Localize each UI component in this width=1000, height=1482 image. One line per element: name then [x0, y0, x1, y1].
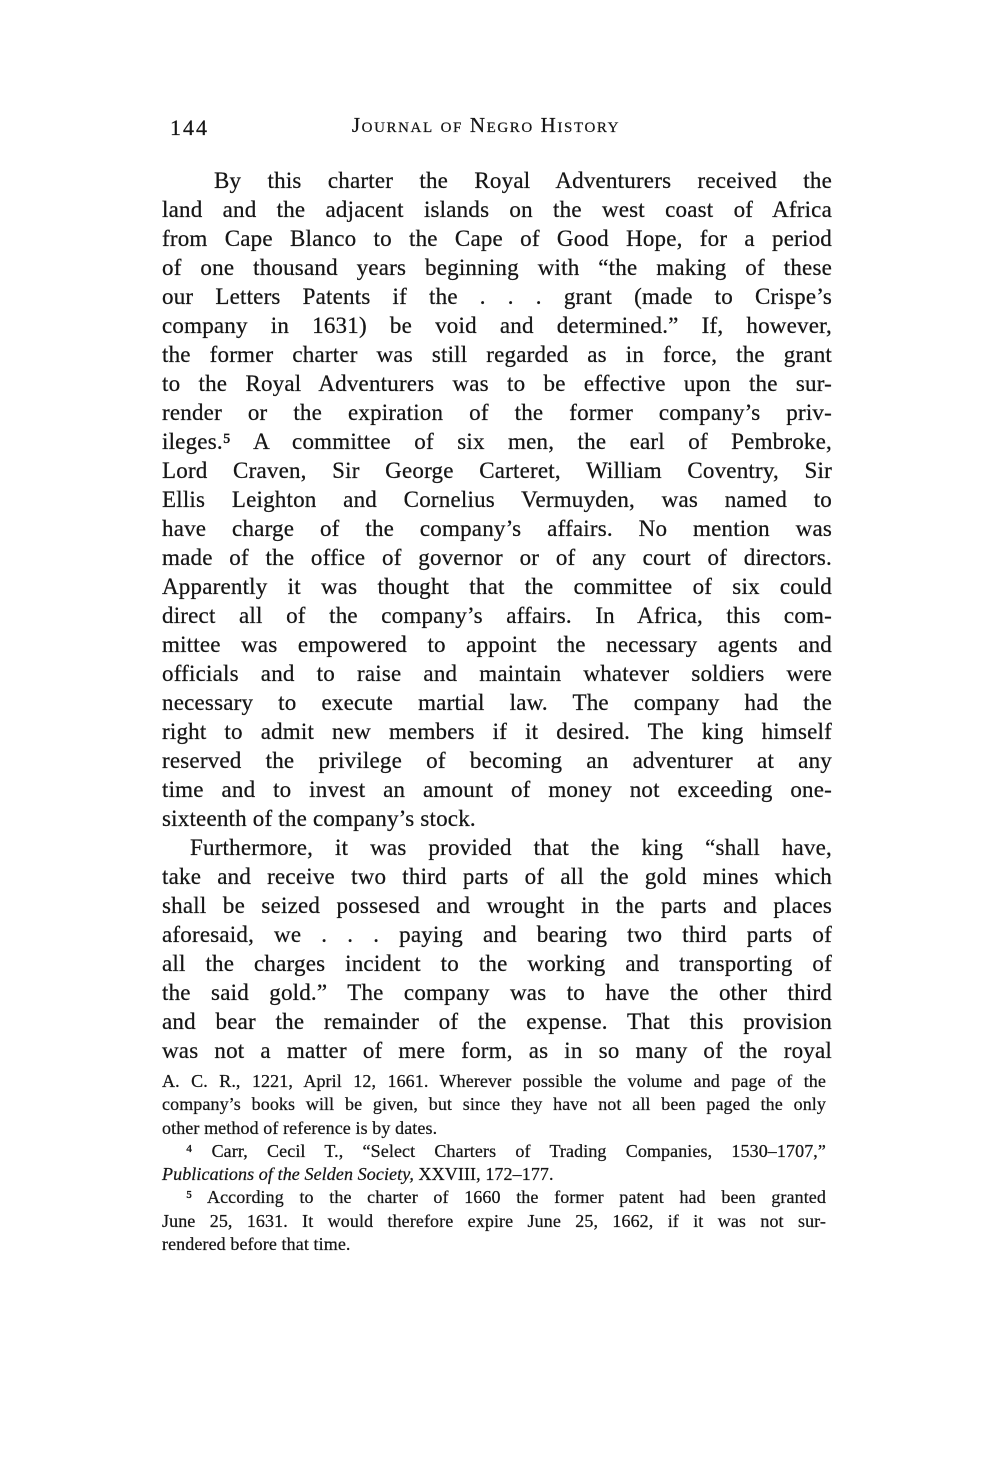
text-line: sixteenth of the company’s stock. [162, 804, 832, 833]
text-span: aforesaid, we . . . paying and bearing t… [162, 922, 832, 947]
text-span: other method of reference is by dates. [162, 1118, 437, 1138]
text-span: our Letters Patents if the . . . grant (… [162, 284, 832, 309]
text-line: ⁴ Carr, Cecil T., “Select Charters of Tr… [162, 1140, 826, 1163]
text-line: Furthermore, it was provided that the ki… [162, 833, 832, 862]
text-line: Ellis Leighton and Cornelius Vermuyden, … [162, 485, 832, 514]
text-line: land and the adjacent islands on the wes… [162, 195, 832, 224]
text-line: company’s books will be given, but since… [162, 1093, 826, 1116]
text-span: land and the adjacent islands on the wes… [162, 197, 832, 222]
text-span: from Cape Blanco to the Cape of Good Hop… [162, 226, 832, 251]
text-line: render or the expiration of the former c… [162, 398, 832, 427]
text-line: A. C. R., 1221, April 12, 1661. Wherever… [162, 1070, 826, 1093]
text-span: sixteenth of the company’s stock. [162, 806, 476, 831]
text-line: direct all of the company’s affairs. In … [162, 601, 832, 630]
text-line: Lord Craven, Sir George Carteret, Willia… [162, 456, 832, 485]
text-line: of one thousand years beginning with “th… [162, 253, 832, 282]
text-span: rendered before that time. [162, 1234, 351, 1254]
text-line: time and to invest an amount of money no… [162, 775, 832, 804]
text-line: reserved the privilege of becoming an ad… [162, 746, 832, 775]
text-span: made of the office of governor or of any… [162, 545, 832, 570]
text-span: June 25, 1631. It would therefore expire… [162, 1211, 826, 1231]
text-line: officials and to raise and maintain what… [162, 659, 832, 688]
page-number: 144 [170, 115, 209, 141]
text-span: time and to invest an amount of money no… [162, 777, 832, 802]
text-line: mittee was empowered to appoint the nece… [162, 630, 832, 659]
text-line: our Letters Patents if the . . . grant (… [162, 282, 832, 311]
text-span: right to admit new members if it desired… [162, 719, 832, 744]
text-line: made of the office of governor or of any… [162, 543, 832, 572]
text-span: direct all of the company’s affairs. In … [162, 603, 832, 628]
text-line: Publications of the Selden Society, XXVI… [162, 1163, 826, 1186]
text-line: other method of reference is by dates. [162, 1117, 826, 1140]
text-span: reserved the privilege of becoming an ad… [162, 748, 832, 773]
text-span: officials and to raise and maintain what… [162, 661, 832, 686]
text-line: the said gold.” The company was to have … [162, 978, 832, 1007]
text-span: Apparently it was thought that the commi… [162, 574, 832, 599]
text-span: XXVIII, 172–177. [414, 1164, 554, 1184]
footnotes: A. C. R., 1221, April 12, 1661. Wherever… [162, 1070, 826, 1256]
text-line: ileges.⁵ A committee of six men, the ear… [162, 427, 832, 456]
text-span: ileges.⁵ A committee of six men, the ear… [162, 429, 832, 454]
text-span: and bear the remainder of the expense. T… [162, 1009, 832, 1034]
text-span: mittee was empowered to appoint the nece… [162, 632, 832, 657]
text-line: aforesaid, we . . . paying and bearing t… [162, 920, 832, 949]
text-line: Apparently it was thought that the commi… [162, 572, 832, 601]
scanned-book-page: 144 Journal of Negro History By this cha… [0, 0, 1000, 1482]
text-span: render or the expiration of the former c… [162, 400, 832, 425]
text-line: take and receive two third parts of all … [162, 862, 832, 891]
text-span: By this charter the Royal Adventurers re… [214, 168, 832, 193]
italic-text: Publications of the Selden Society, [162, 1164, 414, 1184]
text-span: take and receive two third parts of all … [162, 864, 832, 889]
text-line: and bear the remainder of the expense. T… [162, 1007, 832, 1036]
text-span: Ellis Leighton and Cornelius Vermuyden, … [162, 487, 832, 512]
text-span: all the charges incident to the working … [162, 951, 832, 976]
body-text: By this charter the Royal Adventurers re… [162, 166, 832, 1065]
text-line: company in 1631) be void and determined.… [162, 311, 832, 340]
running-head: Journal of Negro History [162, 113, 832, 138]
text-span: have charge of the company’s affairs. No… [162, 516, 832, 541]
text-line: June 25, 1631. It would therefore expire… [162, 1210, 826, 1233]
text-span: shall be seized possesed and wrought in … [162, 893, 832, 918]
text-span: A. C. R., 1221, April 12, 1661. Wherever… [162, 1071, 826, 1091]
text-line: By this charter the Royal Adventurers re… [162, 166, 832, 195]
paragraph: A. C. R., 1221, April 12, 1661. Wherever… [162, 1070, 826, 1140]
text-line: necessary to execute martial law. The co… [162, 688, 832, 717]
text-span: the said gold.” The company was to have … [162, 980, 832, 1005]
text-line: the former charter was still regarded as… [162, 340, 832, 369]
text-line: to the Royal Adventurers was to be effec… [162, 369, 832, 398]
text-span: necessary to execute martial law. The co… [162, 690, 832, 715]
text-line: have charge of the company’s affairs. No… [162, 514, 832, 543]
text-line: shall be seized possesed and wrought in … [162, 891, 832, 920]
text-line: all the charges incident to the working … [162, 949, 832, 978]
text-span: Furthermore, it was provided that the ki… [190, 835, 832, 860]
text-line: ⁵ According to the charter of 1660 the f… [162, 1186, 826, 1209]
text-span: company in 1631) be void and determined.… [162, 313, 832, 338]
text-span: was not a matter of mere form, as in so … [162, 1038, 832, 1063]
paragraph: ⁴ Carr, Cecil T., “Select Charters of Tr… [162, 1140, 826, 1187]
text-line: was not a matter of mere form, as in so … [162, 1036, 832, 1065]
text-span: ⁵ According to the charter of 1660 the f… [186, 1187, 826, 1207]
text-span: of one thousand years beginning with “th… [162, 255, 832, 280]
text-span: ⁴ Carr, Cecil T., “Select Charters of Tr… [186, 1141, 826, 1161]
text-line: rendered before that time. [162, 1233, 826, 1256]
text-span: the former charter was still regarded as… [162, 342, 832, 367]
text-line: from Cape Blanco to the Cape of Good Hop… [162, 224, 832, 253]
text-line: right to admit new members if it desired… [162, 717, 832, 746]
paragraph: Furthermore, it was provided that the ki… [162, 833, 832, 1065]
text-span: to the Royal Adventurers was to be effec… [162, 371, 832, 396]
page-header: 144 Journal of Negro History [162, 113, 832, 145]
text-span: Lord Craven, Sir George Carteret, Willia… [162, 458, 832, 483]
paragraph: ⁵ According to the charter of 1660 the f… [162, 1186, 826, 1256]
text-span: company’s books will be given, but since… [162, 1094, 826, 1114]
paragraph: By this charter the Royal Adventurers re… [162, 166, 832, 833]
